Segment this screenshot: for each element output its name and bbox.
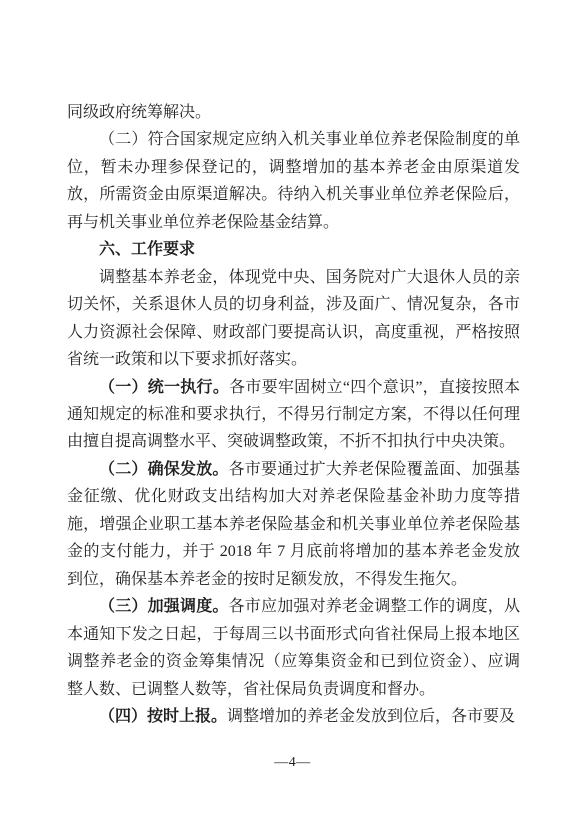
- page-number: —4—: [0, 755, 585, 771]
- paragraph-text: 各市要通过扩大养老保险覆盖面、加强基金征缴、优化财政支出结构加大对养老保险基金补…: [67, 461, 520, 588]
- paragraph-item-timely-report: （四）按时上报。调整增加的养老金发放到位后，各市要及: [67, 703, 520, 730]
- paragraph-item-unified-execution: （一）统一执行。各市要牢固树立“四个意识”，直接按照本通知规定的标准和要求执行，…: [67, 374, 520, 456]
- paragraph-continuation: 同级政府统筹解决。: [67, 99, 520, 126]
- paragraph-text: 同级政府统筹解决。: [67, 104, 211, 121]
- paragraph-text: 调整基本养老金，体现党中央、国务院对广大退休人员的亲切关怀，关系退休人员的切身利…: [67, 269, 520, 368]
- paragraph-lead: （三）加强调度。: [99, 598, 229, 615]
- paragraph-text: （二）符合国家规定应纳入机关事业单位养老保险制度的单位，暂未办理参保登记的，调整…: [67, 131, 520, 230]
- paragraph-item-strengthen-scheduling: （三）加强调度。各市应加强对养老金调整工作的调度，从本通知下发之日起，于每周三以…: [67, 593, 520, 703]
- paragraph-lead: （二）确保发放。: [99, 461, 229, 478]
- document-body: 同级政府统筹解决。 （二）符合国家规定应纳入机关事业单位养老保险制度的单位，暂未…: [67, 99, 520, 730]
- paragraph-item-two: （二）符合国家规定应纳入机关事业单位养老保险制度的单位，暂未办理参保登记的，调整…: [67, 126, 520, 236]
- paragraph-text: 调整增加的养老金发放到位后，各市要及: [227, 708, 515, 725]
- paragraph-lead: （一）统一执行。: [99, 379, 229, 396]
- section-heading-text: 六、工作要求: [99, 241, 195, 258]
- document-page: 同级政府统筹解决。 （二）符合国家规定应纳入机关事业单位养老保险制度的单位，暂未…: [0, 0, 585, 834]
- paragraph-lead: （四）按时上报。: [99, 708, 227, 725]
- paragraph-item-ensure-payment: （二）确保发放。各市要通过扩大养老保险覆盖面、加强基金征缴、优化财政支出结构加大…: [67, 456, 520, 593]
- paragraph-intro: 调整基本养老金，体现党中央、国务院对广大退休人员的亲切关怀，关系退休人员的切身利…: [67, 264, 520, 374]
- section-heading-six: 六、工作要求: [67, 236, 520, 263]
